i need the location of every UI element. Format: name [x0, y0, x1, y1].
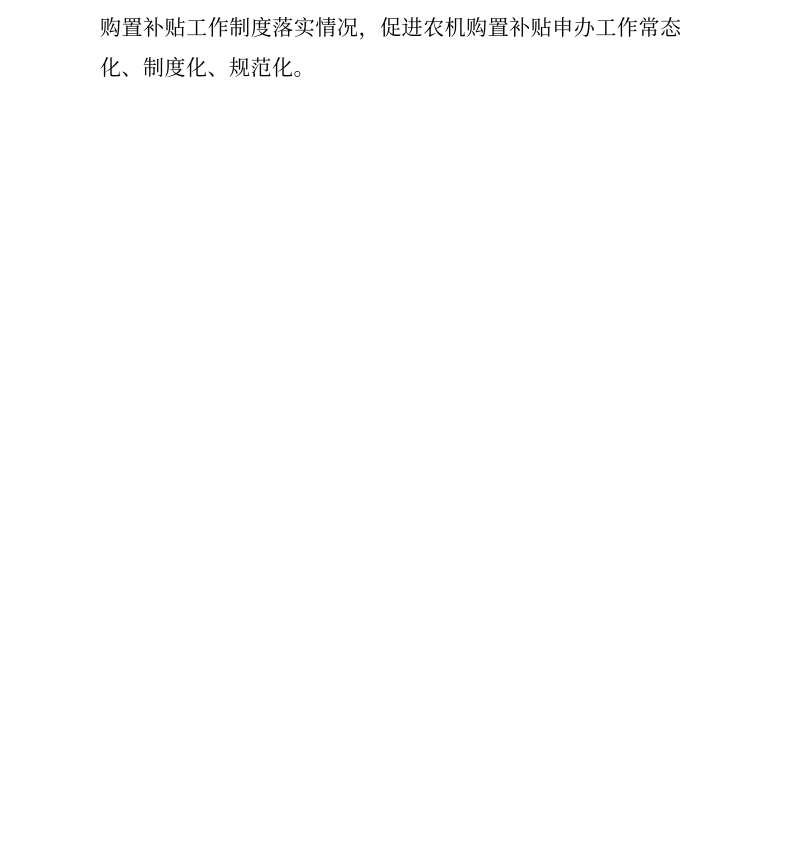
paragraph-line-2: 化、制度化、规范化。	[100, 48, 681, 88]
paragraph: 购置补贴工作制度落实情况，促进农机购置补贴申办工作常态 化、制度化、规范化。	[100, 8, 681, 88]
paragraph-line-1: 购置补贴工作制度落实情况，促进农机购置补贴申办工作常态	[100, 8, 681, 48]
document-page: 购置补贴工作制度落实情况，促进农机购置补贴申办工作常态 化、制度化、规范化。	[0, 0, 793, 851]
